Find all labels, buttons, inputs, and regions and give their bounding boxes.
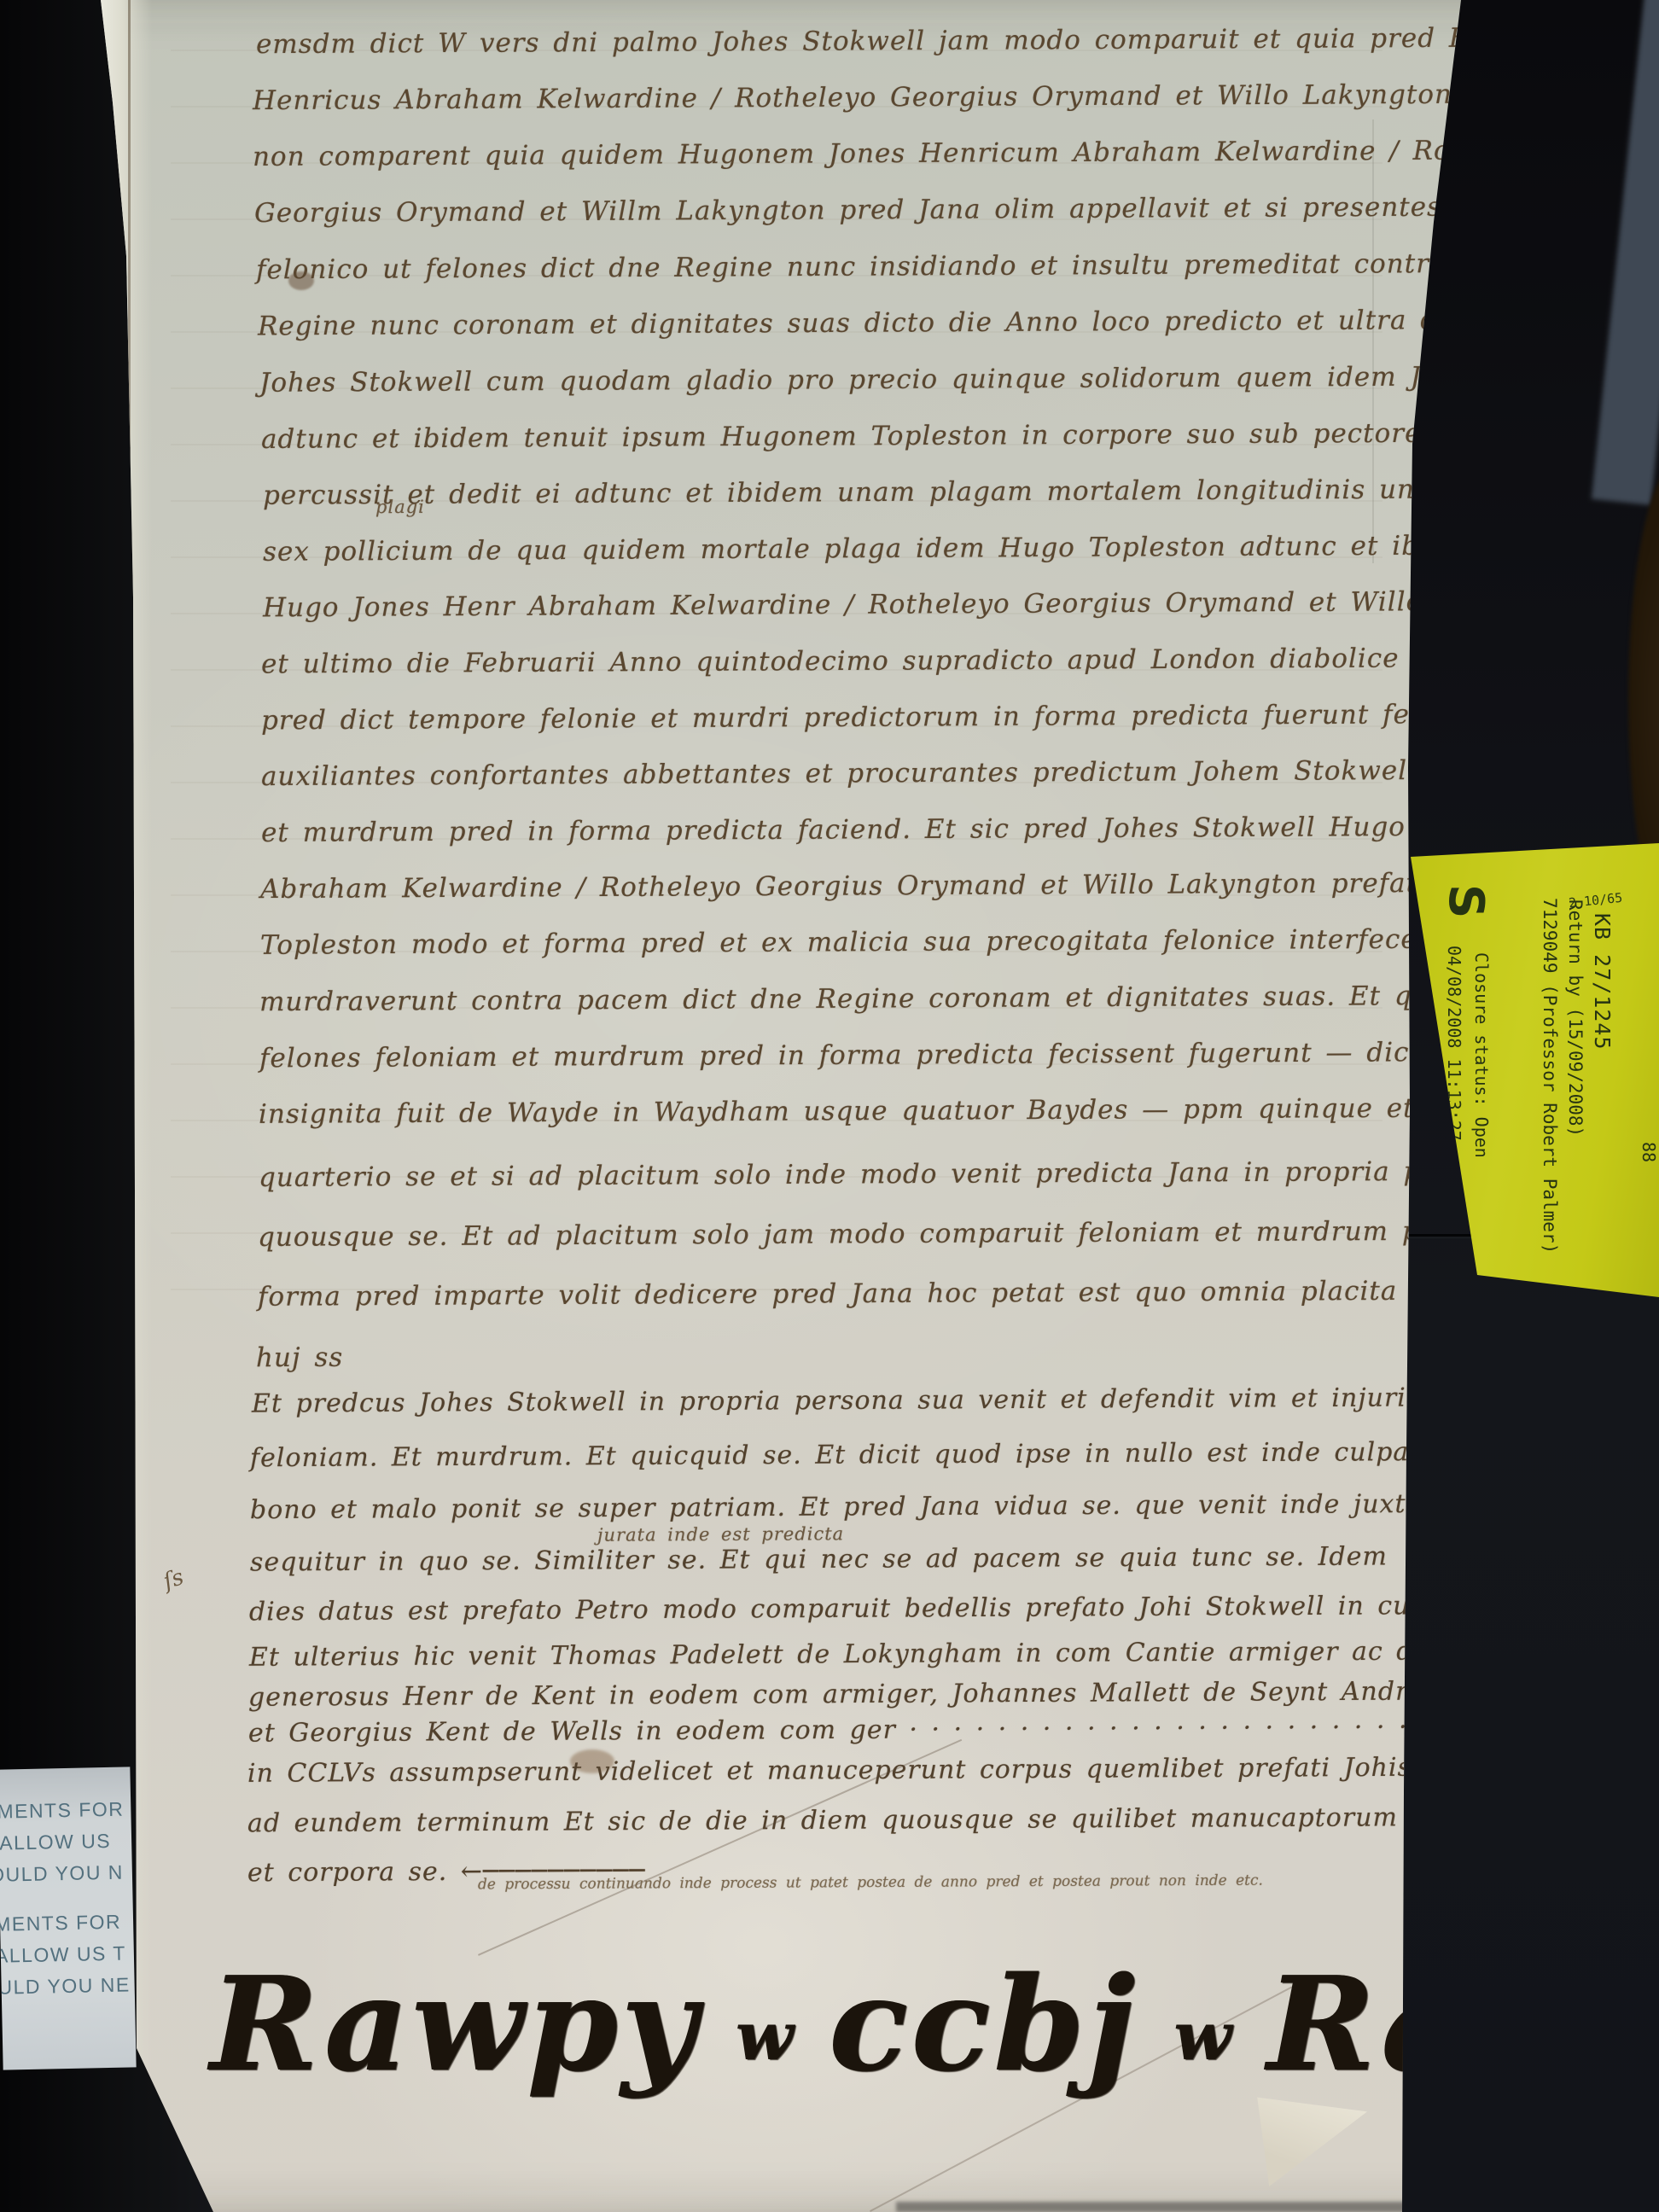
manuscript-line: auxiliantes confortantes abbettantes et …: [261, 754, 1601, 792]
slip-text-line: UMENTS FOR: [0, 1911, 121, 1936]
tag-reader-id: 7129049 (Professor Robert Palmer): [1540, 898, 1560, 1254]
tag-letter-s: S: [1438, 884, 1493, 918]
folded-corner: [1248, 2089, 1367, 2192]
signature-word: Rawpy: [210, 1947, 700, 2100]
manuscript-line-closing: huj ss: [256, 1342, 343, 1374]
signature-separator: w: [736, 1998, 793, 2075]
slip-text-line: CUMENTS FOR: [0, 1798, 125, 1825]
tag-edge-fragment: 88: [1639, 1142, 1659, 1162]
manuscript-line: forma pred imparte volit dedicere pred J…: [258, 1275, 1511, 1313]
manuscript-tail-note: de processu continuando inde process ut …: [478, 1872, 1263, 1894]
tag-closure-status: Closure status: Open: [1471, 952, 1492, 1158]
manuscript-line: et Georgius Kent de Wells in eodem com g…: [248, 1712, 1430, 1748]
slip-text-line: HOULD YOU N: [0, 1861, 124, 1888]
tag-reference: KB 27/1245: [1590, 913, 1615, 1051]
margin-note: ſs: [160, 1564, 187, 1595]
interlinear-insertion: jurata inde est predicta: [597, 1523, 844, 1545]
reader-notice-slip: CUMENTS FOR O ALLOW US HOULD YOU N UMENT…: [0, 1767, 137, 2069]
slip-text-line: O ALLOW US: [0, 1830, 111, 1855]
manuscript-line: et murdrum pred in forma predicta facien…: [261, 811, 1581, 848]
manuscript-line: Henricus Abraham Kelwardine / Rotheleyo …: [253, 79, 1609, 116]
photograph-of-plea-roll: ıſı ſſ ıı ſ ſſı ı ſ ſ ıſ ſſ ı ſıſ ſ ſ ıſ…: [0, 0, 1659, 2212]
signature-separator: w: [1173, 1998, 1231, 2075]
tag-return-by: Return by (15/09/2008): [1565, 899, 1586, 1137]
manuscript-line: sequitur in quo se. Similiter se. Et qui…: [250, 1542, 1388, 1578]
interlinear-insertion: plagi: [375, 497, 425, 517]
slip-text-line: OULD YOU NE: [0, 1973, 131, 2000]
membrane-number: ccbj: [829, 1947, 1138, 2100]
manuscript-line: emsdm dict W vers dni palmo Johes Stokwe…: [256, 22, 1616, 60]
slip-text-line: ALLOW US T: [0, 1942, 126, 1968]
parchment-bottom-shadow: [896, 2202, 1408, 2212]
